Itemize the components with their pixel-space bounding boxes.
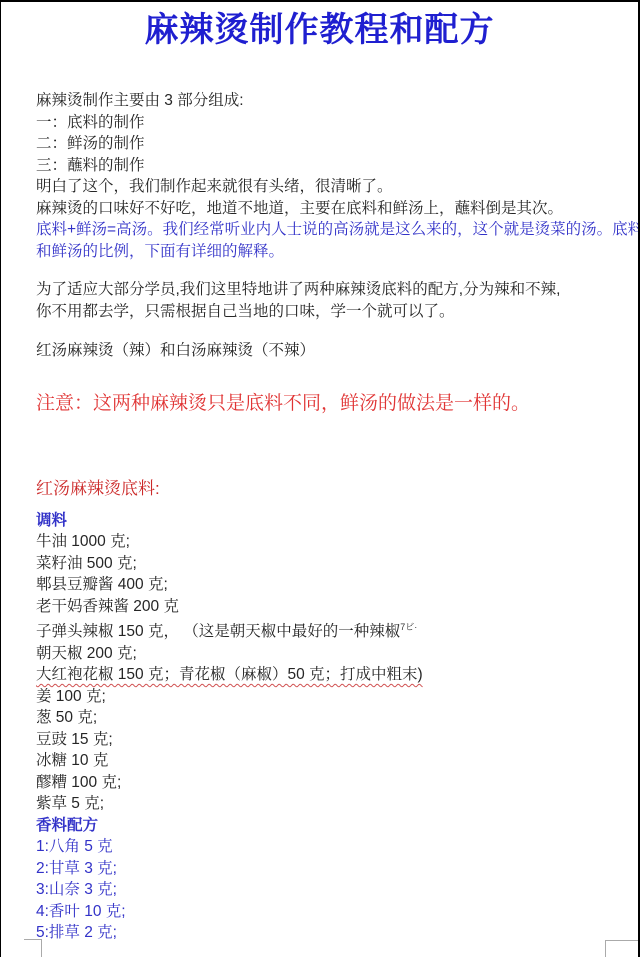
document-body: 麻辣烫制作主要由 3 部分组成: 一：底料的制作 二：鲜汤的制作 三：蘸料的制作… xyxy=(36,90,620,944)
spice-line-2: 2:甘草 3 克; xyxy=(36,858,620,880)
intro-line-5: 明白了这个，我们制作起来就很有头绪，很清晰了。 xyxy=(36,176,620,198)
document-page: 麻辣烫制作教程和配方 麻辣烫制作主要由 3 部分组成: 一：底料的制作 二：鲜汤… xyxy=(0,0,640,957)
blue-note-line-2: 和鲜汤的比例，下面有详细的解释。 xyxy=(36,241,620,263)
soup-types-line: 红汤麻辣烫（辣）和白汤麻辣烫（不辣） xyxy=(36,340,620,362)
ingredient-line-7: 大红袍花椒 150 克；青花椒（麻椒）50 克；打成中粗末) xyxy=(36,664,620,686)
ingredient-line-5-text: 子弹头辣椒 150 克， （这是朝天椒中最好的一种辣椒 xyxy=(36,623,400,640)
ingredient-line-2: 菜籽油 500 克; xyxy=(36,553,620,575)
two-recipes-line-2: 你不用都去学，只需根据自己当地的口味，学一个就可以了。 xyxy=(36,301,620,323)
notice-text: 注意：这两种麻辣烫只是底料不同，鲜汤的做法是一样的。 xyxy=(36,390,620,417)
intro-line-4: 三：蘸料的制作 xyxy=(36,155,620,177)
render-artifact-glyphs: 7ビ· xyxy=(400,622,417,632)
seasoning-label: 调料 xyxy=(36,510,620,532)
ingredient-line-10: 豆豉 15 克; xyxy=(36,729,620,751)
spice-line-4: 4:香叶 10 克; xyxy=(36,901,620,923)
page-corner-mark-right xyxy=(605,940,639,957)
intro-paragraph: 麻辣烫制作主要由 3 部分组成: 一：底料的制作 二：鲜汤的制作 三：蘸料的制作… xyxy=(36,90,620,262)
ingredient-line-12: 醪糟 100 克; xyxy=(36,772,620,794)
spice-line-3: 3:山奈 3 克; xyxy=(36,879,620,901)
ingredient-line-4: 老干妈香辣酱 200 克 xyxy=(36,596,620,618)
ingredient-line-1: 牛油 1000 克; xyxy=(36,531,620,553)
spice-recipe-label: 香料配方 xyxy=(36,815,620,837)
ingredient-line-8: 姜 100 克; xyxy=(36,686,620,708)
spice-line-1: 1:八角 5 克 xyxy=(36,836,620,858)
spice-line-5: 5:排草 2 克; xyxy=(36,922,620,944)
ingredient-line-5: 子弹头辣椒 150 克， （这是朝天椒中最好的一种辣椒7ビ· xyxy=(36,617,620,643)
intro-line-1: 麻辣烫制作主要由 3 部分组成: xyxy=(36,90,620,112)
document-title: 麻辣烫制作教程和配方 xyxy=(1,8,638,52)
ingredient-list: 调料 牛油 1000 克; 菜籽油 500 克; 郫县豆瓣酱 400 克; 老干… xyxy=(36,510,620,944)
two-recipes-line-1: 为了适应大部分学员,我们这里特地讲了两种麻辣烫底料的配方,分为辣和不辣, xyxy=(36,279,620,301)
intro-line-2: 一：底料的制作 xyxy=(36,112,620,134)
ingredient-line-9: 葱 50 克; xyxy=(36,707,620,729)
ingredient-line-6: 朝天椒 200 克; xyxy=(36,643,620,665)
ingredient-line-11: 冰糖 10 克 xyxy=(36,750,620,772)
page-corner-mark-left xyxy=(24,939,42,957)
ingredient-line-13: 紫草 5 克; xyxy=(36,793,620,815)
blue-note-line-1: 底料+鲜汤=高汤。我们经常听业内人士说的高汤就是这么来的，这个就是烫菜的汤。底料 xyxy=(36,219,620,241)
red-soup-heading: 红汤麻辣烫底料: xyxy=(36,477,620,500)
two-recipes-paragraph: 为了适应大部分学员,我们这里特地讲了两种麻辣烫底料的配方,分为辣和不辣, 你不用… xyxy=(36,279,620,322)
intro-line-3: 二：鲜汤的制作 xyxy=(36,133,620,155)
ingredient-line-3: 郫县豆瓣酱 400 克; xyxy=(36,574,620,596)
intro-line-6: 麻辣烫的口味好不好吃，地道不地道，主要在底料和鲜汤上，蘸料倒是其次。 xyxy=(36,198,620,220)
